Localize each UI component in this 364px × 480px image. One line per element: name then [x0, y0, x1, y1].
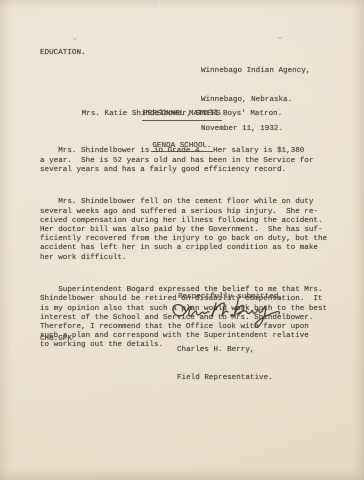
pinhole-right — [278, 34, 282, 39]
document-page: EDUCATION. Winnebago Indian Agency, Winn… — [0, 0, 364, 480]
signer-title: Field Representative. — [177, 374, 273, 383]
agency-name: Winnebago Indian Agency, — [201, 67, 310, 77]
paper-crease — [145, 1, 161, 58]
classification-label: EDUCATION. — [40, 49, 86, 58]
signer-name: Charles H. Berry, — [177, 346, 273, 355]
signer-block: Charles H. Berry, Field Representative. — [177, 327, 273, 402]
paragraph-1: Mrs. Shindelbower is in Grade 4. Her sal… — [40, 147, 340, 175]
reference-initials: CHB:GFK — [40, 335, 72, 344]
paragraph-2: Mrs. Shindelbower fell on the cement flo… — [40, 198, 340, 262]
pinhole-left — [73, 35, 77, 40]
regarding-line: Mrs. Katie Shindelbower, Small Boys' Mat… — [0, 110, 364, 119]
